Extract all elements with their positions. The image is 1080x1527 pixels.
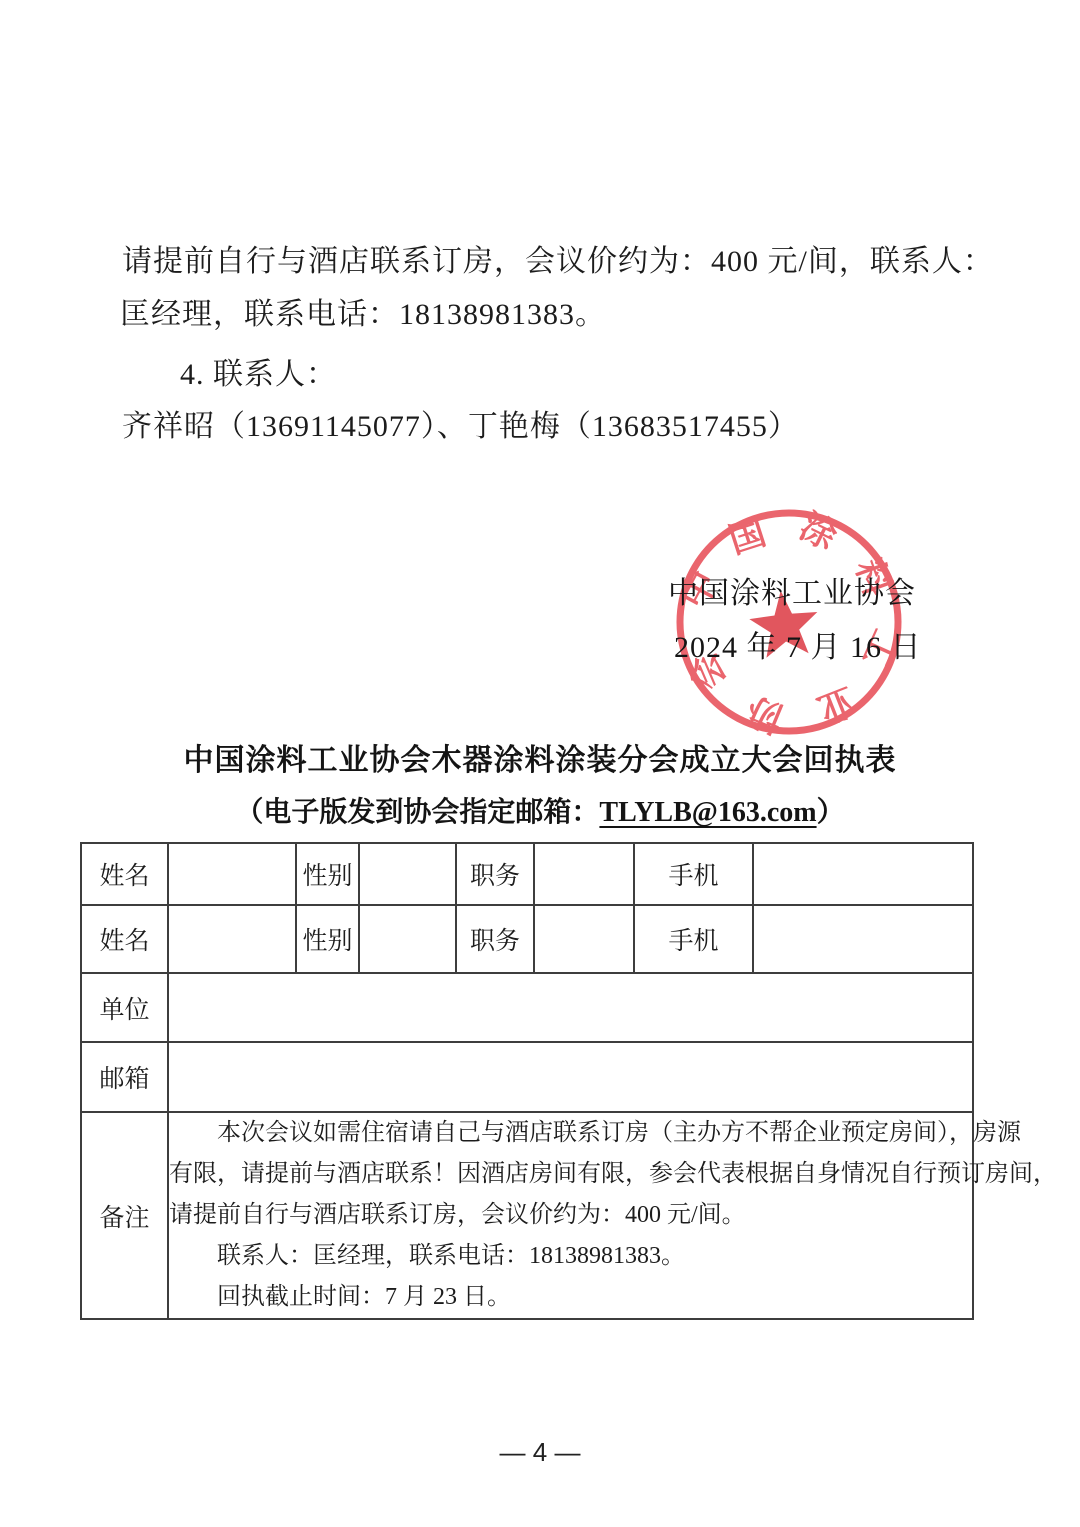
phone-field bbox=[753, 843, 973, 905]
name-label: 姓名 bbox=[81, 843, 168, 905]
body-line-manager-phone: 匡经理，联系电话：18138981383。 bbox=[120, 289, 606, 333]
table-row-person-1: 姓名 性别 职务 手机 bbox=[81, 843, 973, 905]
table-row-person-2: 姓名 性别 职务 手机 bbox=[81, 905, 973, 973]
gender-field bbox=[359, 843, 456, 905]
body-line-hotel-booking: 请提前自行与酒店联系订房，会议价约为：400 元/间，联系人： bbox=[122, 236, 994, 280]
notes-label: 备注 bbox=[81, 1112, 168, 1319]
notes-content: 本次会议如需住宿请自己与酒店联系订房（主办方不帮企业预定房间），房源 有限，请提… bbox=[168, 1112, 973, 1319]
subtitle-prefix: （电子版发到协会指定邮箱： bbox=[235, 796, 599, 827]
notes-line-5: 回执截止时间：7 月 23 日。 bbox=[169, 1277, 972, 1318]
phone-label: 手机 bbox=[634, 905, 753, 973]
body-line-contacts-heading: 4. 联系人： bbox=[180, 349, 337, 393]
name-field bbox=[168, 905, 296, 973]
notes-line-2: 有限，请提前与酒店联系！因酒店房间有限，参会代表根据自身情况自行预订房间， bbox=[169, 1154, 972, 1195]
body-line-contact-numbers: 齐祥昭（13691145077）、丁艳梅（13683517455） bbox=[122, 401, 799, 445]
page-number: — 4 — bbox=[0, 1437, 1080, 1468]
gender-label: 性别 bbox=[296, 843, 359, 905]
signature-date: 2024 年 7 月 16 日 bbox=[674, 622, 922, 666]
gender-label: 性别 bbox=[296, 905, 359, 973]
subtitle-suffix: ） bbox=[817, 796, 845, 827]
phone-field bbox=[753, 905, 973, 973]
email-label: 邮箱 bbox=[81, 1042, 168, 1112]
form-subtitle: （电子版发到协会指定邮箱：TLYLB@163.com） bbox=[0, 790, 1080, 830]
signature-organization: 中国涂料工业协会 bbox=[668, 568, 916, 612]
table-row-email: 邮箱 bbox=[81, 1042, 973, 1112]
notes-line-1: 本次会议如需住宿请自己与酒店联系订房（主办方不帮企业预定房间），房源 bbox=[169, 1113, 972, 1154]
unit-label: 单位 bbox=[81, 973, 168, 1042]
reply-email-address: TLYLB@163.com bbox=[599, 797, 816, 828]
position-label: 职务 bbox=[456, 843, 534, 905]
reply-form-table: 姓名 性别 职务 手机 姓名 性别 职务 手机 单位 bbox=[80, 842, 974, 1320]
name-label: 姓名 bbox=[81, 905, 168, 973]
document-page: 请提前自行与酒店联系订房，会议价约为：400 元/间，联系人： 匡经理，联系电话… bbox=[0, 0, 1080, 1527]
position-label: 职务 bbox=[456, 905, 534, 973]
phone-label: 手机 bbox=[634, 843, 753, 905]
unit-field bbox=[168, 973, 973, 1042]
email-field bbox=[168, 1042, 973, 1112]
table-row-unit: 单位 bbox=[81, 973, 973, 1042]
notes-line-3: 请提前自行与酒店联系订房，会议价约为：400 元/间。 bbox=[169, 1195, 972, 1236]
table-row-notes: 备注 本次会议如需住宿请自己与酒店联系订房（主办方不帮企业预定房间），房源 有限… bbox=[81, 1112, 973, 1319]
position-field bbox=[534, 905, 634, 973]
gender-field bbox=[359, 905, 456, 973]
position-field bbox=[534, 843, 634, 905]
notes-line-4: 联系人：匡经理，联系电话：18138981383。 bbox=[169, 1236, 972, 1277]
form-title: 中国涂料工业协会木器涂料涂装分会成立大会回执表 bbox=[0, 735, 1080, 779]
name-field bbox=[168, 843, 296, 905]
